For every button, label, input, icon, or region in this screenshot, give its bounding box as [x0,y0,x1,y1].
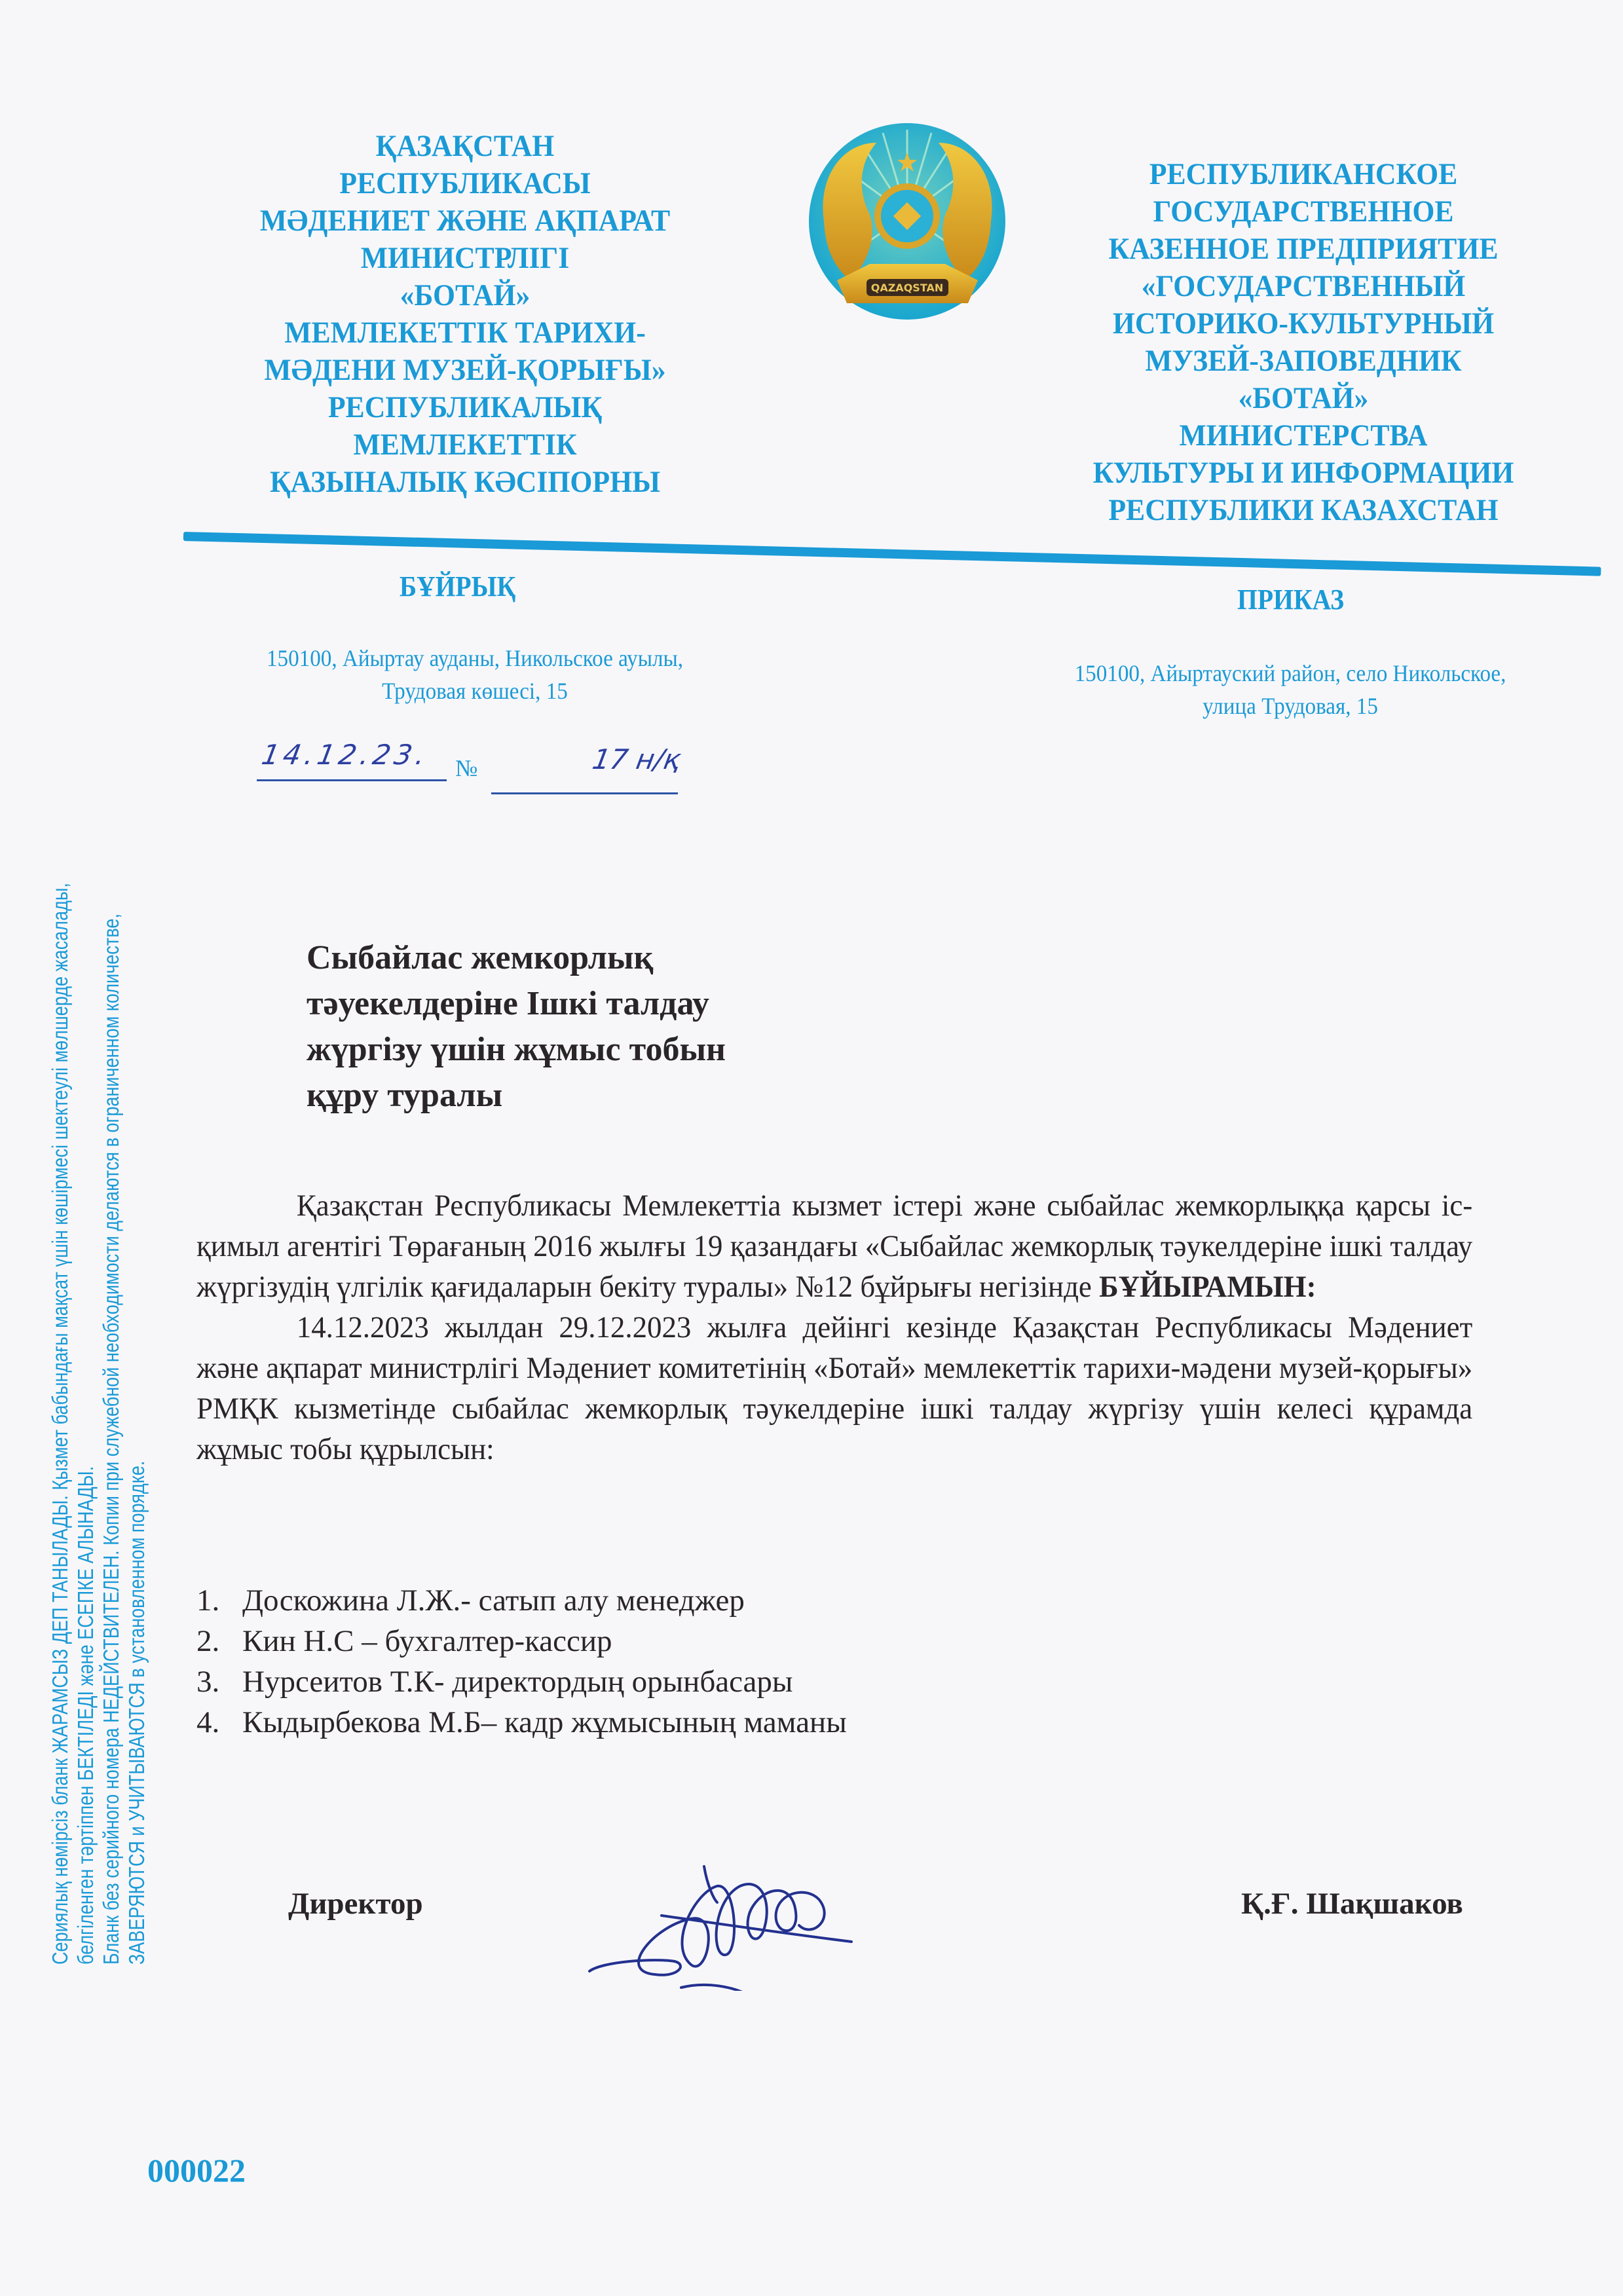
side-note-line: белгіленген тәртіппен БЕКТІЛЕДІ және ЕСЕ… [73,783,98,1965]
order-keyword: БҰЙЫРАМЫН: [1099,1270,1316,1304]
letterhead-line: МУЗЕЙ-ЗАПОВЕДНИК [1066,343,1540,380]
letterhead-line: РЕСПУБЛИКАЛЫҚ [215,389,715,426]
address-russian: 150100, Айыртауский район, село Никольск… [1025,657,1556,722]
order-date: 14.12.23. [259,739,432,771]
order-number: 17 н/қ [590,743,683,775]
letterhead-line: МИНИСТРЛІГІ [215,240,715,277]
item-text: Кыдырбекова М.Б– кадр жұмысының маманы [242,1705,847,1739]
item-text: Кин Н.С – бухгалтер-кассир [242,1624,612,1658]
letterhead-line: ИСТОРИКО-КУЛЬТУРНЫЙ [1066,305,1540,343]
letterhead-line: РЕСПУБЛИКИ КАЗАХСТАН [1066,492,1540,529]
title-line: тәуекелдеріне Ішкі талдау [307,981,726,1027]
order-title: Сыбайлас жемкорлық тәуекелдеріне Ішкі та… [307,935,726,1119]
blank-side-note: Сериялық нөмірсіз бланк ЖАРАМСЫЗ ДЕП ТАН… [47,524,149,1965]
body-paragraph: Қазақстан Республикасы Мемлекеттіа кызме… [196,1185,1472,1307]
title-line: құру туралы [307,1073,726,1119]
order-body: Қазақстан Республикасы Мемлекеттіа кызме… [196,1185,1472,1470]
address-line: Трудовая көшесі, 15 [219,675,731,707]
handwritten-signature-icon [576,1847,904,1991]
emblem-text: QAZAQSTAN [871,282,944,294]
side-note-line: Бланк без серийного номера НЕДЕЙСТВИТЕЛЕ… [98,783,124,1965]
side-note-line: Сериялық нөмірсіз бланк ЖАРАМСЫЗ ДЕП ТАН… [47,783,73,1965]
item-number: 2. [196,1621,242,1661]
list-item: 1.Доскожина Л.Ж.- сатып алу менеджер [196,1580,847,1621]
letterhead-kazakh: ҚАЗАҚСТАН РЕСПУБЛИКАСЫ МӘДЕНИЕТ ЖӘНЕ АҚП… [215,128,715,501]
item-text: Доскожина Л.Ж.- сатып алу менеджер [242,1583,745,1618]
item-text: Нурсеитов Т.К- директордың орынбасары [242,1665,793,1699]
address-line: улица Трудовая, 15 [1025,690,1556,722]
blank-serial-number: 000022 [147,2151,246,2189]
address-line: 150100, Айыртауский район, село Никольск… [1025,657,1556,690]
letterhead-line: МИНИСТЕРСТВА [1066,417,1540,454]
letterhead-divider [183,532,1601,576]
item-number: 4. [196,1702,242,1743]
title-line: Сыбайлас жемкорлық [307,935,726,981]
signatory-name: Қ.Ғ. Шақшаков [1241,1886,1463,1921]
signatory-role: Директор [288,1886,423,1921]
letterhead-line: МЕМЛЕКЕТТІК ТАРИХИ- [215,314,715,352]
side-note-line: ЗАВЕРЯЮТСЯ и УЧИТЫВАЮТСЯ в установленном… [124,783,149,1965]
letterhead-line: «БОТАЙ» [1066,380,1540,417]
letterhead-line: ҚАЗАҚСТАН [215,128,715,165]
list-item: 2.Кин Н.С – бухгалтер-кассир [196,1621,847,1661]
address-line: 150100, Айыртау ауданы, Никольское ауылы… [219,642,731,675]
letterhead-line: МЕМЛЕКЕТТІК [215,426,715,464]
letterhead-line: «ГОСУДАРСТВЕННЫЙ [1066,268,1540,305]
title-line: жүргізу үшін жұмыс тобын [307,1027,726,1073]
state-emblem-icon: QAZAQSTAN [798,117,1017,326]
letterhead-line: ГОСУДАРСТВЕННОЕ [1066,193,1540,231]
letterhead-line: КАЗЕННОЕ ПРЕДПРИЯТИЕ [1066,231,1540,268]
list-item: 3.Нурсеитов Т.К- директордың орынбасары [196,1661,847,1702]
letterhead-line: РЕСПУБЛИКАСЫ [215,165,715,202]
letterhead-line: МӘДЕНИ МУЗЕЙ-ҚОРЫҒЫ» [215,352,715,389]
item-number: 1. [196,1580,242,1621]
number-sign: № [455,754,477,782]
working-group-list: 1.Доскожина Л.Ж.- сатып алу менеджер 2.К… [196,1580,847,1743]
letterhead-line: КУЛЬТУРЫ И ИНФОРМАЦИИ [1066,454,1540,492]
letterhead-line: ҚАЗЫНАЛЫҚ КӘСІПОРНЫ [215,464,715,501]
letterhead-line: МӘДЕНИЕТ ЖӘНЕ АҚПАРАТ [215,202,715,240]
letterhead-line: РЕСПУБЛИКАНСКОЕ [1066,156,1540,193]
letterhead-line: «БОТАЙ» [215,277,715,314]
list-item: 4.Кыдырбекова М.Б– кадр жұмысының маманы [196,1702,847,1743]
letterhead-russian: РЕСПУБЛИКАНСКОЕ ГОСУДАРСТВЕННОЕ КАЗЕННОЕ… [1066,156,1540,529]
item-number: 3. [196,1661,242,1702]
address-kazakh: 150100, Айыртау ауданы, Никольское ауылы… [219,642,731,707]
doc-type-russian: ПРИКАЗ [1237,583,1344,616]
body-paragraph: 14.12.2023 жылдан 29.12.2023 жылға дейін… [196,1307,1472,1470]
doc-type-kazakh: БҰЙРЫҚ [400,570,515,603]
